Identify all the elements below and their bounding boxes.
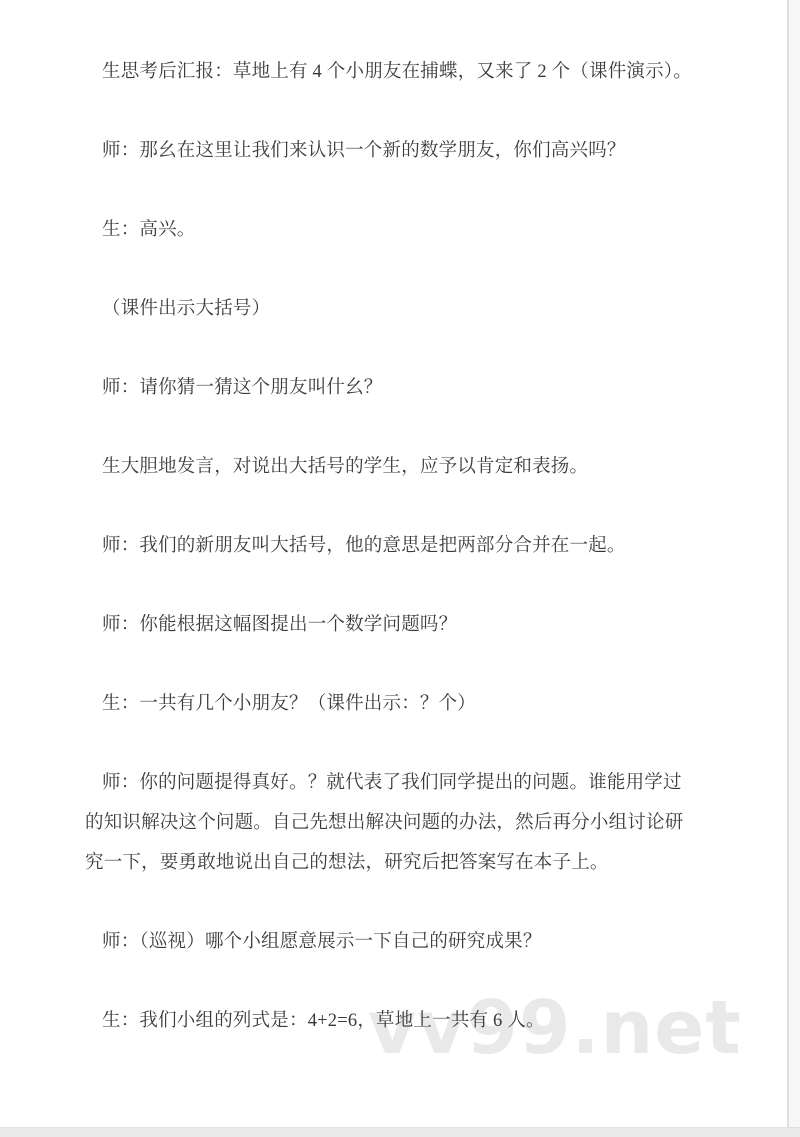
paragraph-student-line: 生：一共有几个小朋友？（课件出示：？个） [85, 684, 700, 724]
paragraph-teacher-line: 师：请你猜一猜这个朋友叫什幺？ [85, 368, 700, 408]
page-bottom-bar [0, 1127, 800, 1137]
paragraph-student-answer: 生：我们小组的列式是：4+2=6，草地上一共有 6 人。 [85, 1001, 700, 1041]
page-right-edge [787, 0, 800, 1128]
paragraph-teacher-line: 师：你能根据这幅图提出一个数学问题吗？ [85, 605, 700, 645]
document-text: 生思考后汇报：草地上有 4 个小朋友在捕蝶，又来了 2 个（课件演示）。 师：那… [85, 52, 700, 1080]
paragraph-student-note: 生大胆地发言，对说出大括号的学生，应予以肯定和表扬。 [85, 447, 700, 487]
paragraph-teacher-line: 师：我们的新朋友叫大括号，他的意思是把两部分合并在一起。 [85, 526, 700, 566]
paragraph-teacher-long: 师：你的问题提得真好。？就代表了我们同学提出的问题。谁能用学过的知识解决这个问题… [85, 763, 700, 883]
paragraph-teacher-line: 师：（巡视）哪个小组愿意展示一下自己的研究成果？ [85, 922, 700, 962]
paragraph-student-report: 生思考后汇报：草地上有 4 个小朋友在捕蝶，又来了 2 个（课件演示）。 [85, 52, 700, 92]
paragraph-student-line: 生：高兴。 [85, 210, 700, 250]
document-page: vv99.net 生思考后汇报：草地上有 4 个小朋友在捕蝶，又来了 2 个（课… [0, 0, 800, 1137]
paragraph-teacher-line: 师：那幺在这里让我们来认识一个新的数学朋友，你们高兴吗？ [85, 131, 700, 171]
paragraph-courseware-note: （课件出示大括号） [85, 289, 700, 329]
